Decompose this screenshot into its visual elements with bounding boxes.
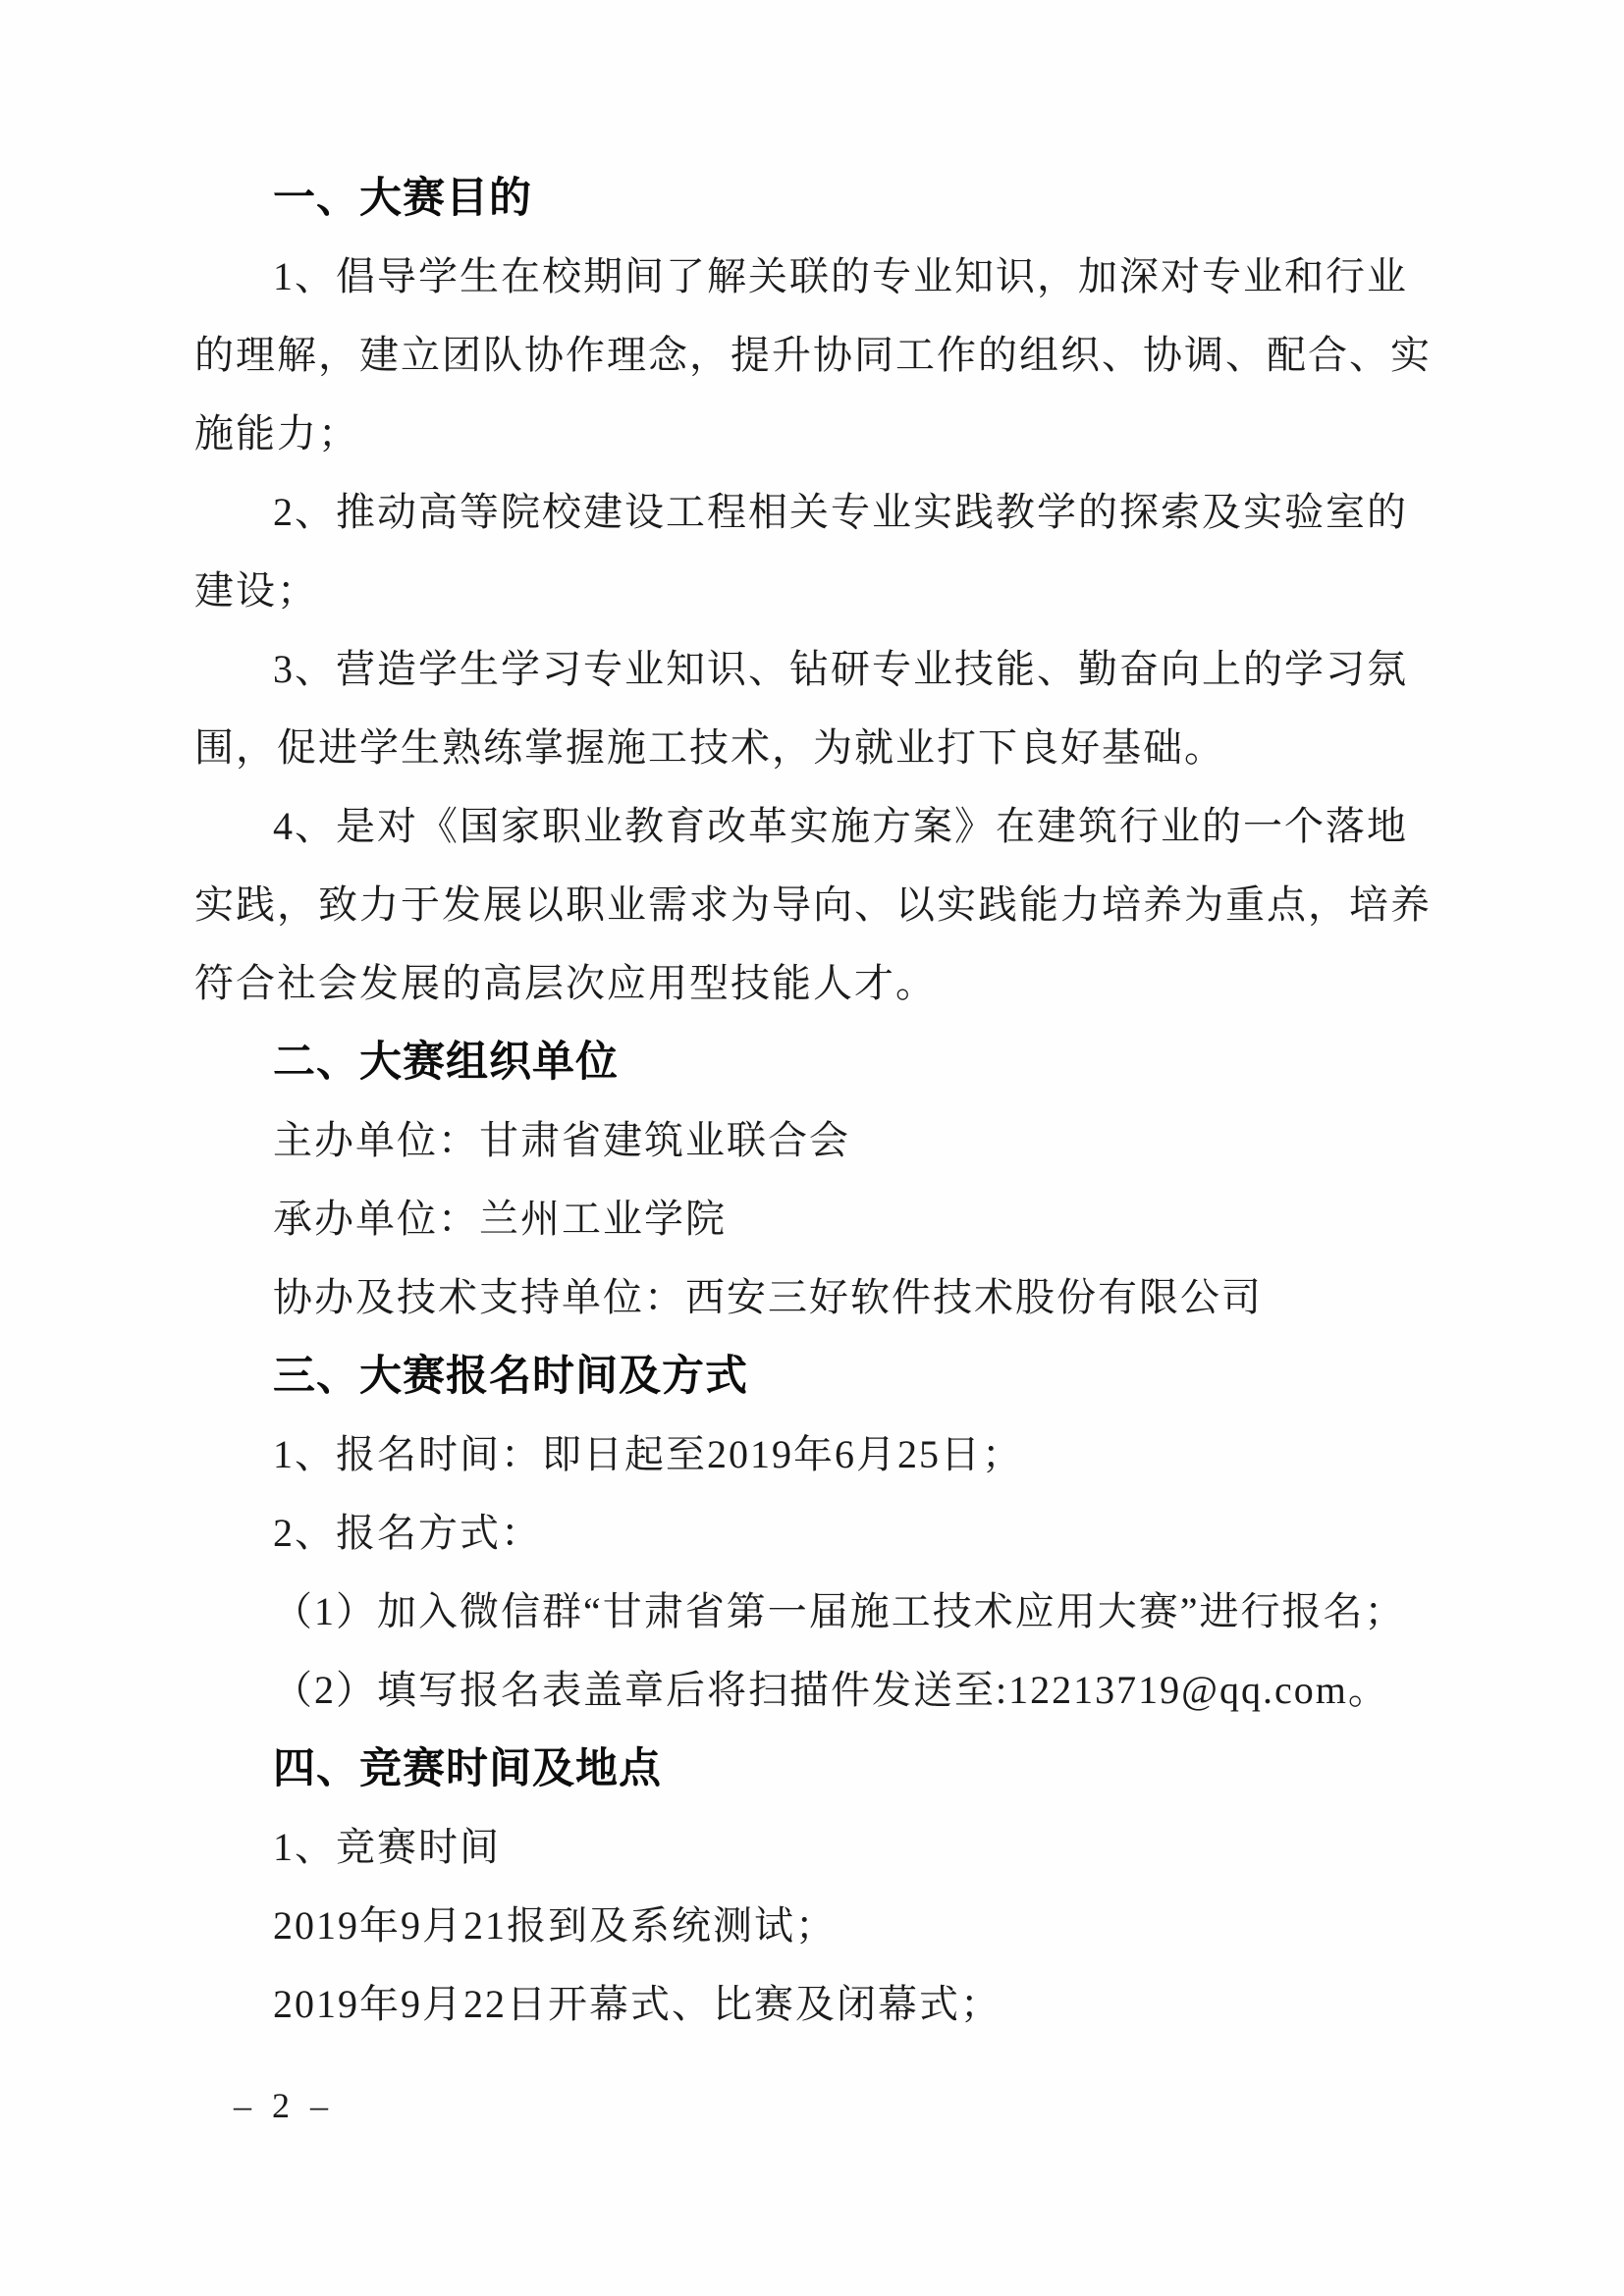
text-line: 2019年9月22日开幕式、比赛及闭幕式； xyxy=(194,1965,1461,2044)
text-line: 承办单位：兰州工业学院 xyxy=(194,1180,1461,1258)
text-line: 4、是对《国家职业教育改革实施方案》在建筑行业的一个落地 xyxy=(194,787,1461,866)
text-line: 1、倡导学生在校期间了解关联的专业知识，加深对专业和行业 xyxy=(194,238,1461,316)
text-line: （2）填写报名表盖章后将扫描件发送至:12213719@qq.com。 xyxy=(194,1651,1461,1730)
section-heading: 三、大赛报名时间及方式 xyxy=(194,1337,1461,1415)
text-line: 建设； xyxy=(194,552,1461,630)
section-heading: 一、大赛目的 xyxy=(194,159,1461,238)
text-line: 围，促进学生熟练掌握施工技术，为就业打下良好基础。 xyxy=(194,709,1461,787)
text-line: 1、竞赛时间 xyxy=(194,1808,1461,1887)
section-heading: 四、竞赛时间及地点 xyxy=(194,1730,1461,1808)
text-line: 符合社会发展的高层次应用型技能人才。 xyxy=(194,944,1461,1023)
section-heading: 二、大赛组织单位 xyxy=(194,1023,1461,1101)
text-line: （1）加入微信群“甘肃省第一届施工技术应用大赛”进行报名； xyxy=(194,1573,1461,1651)
text-line: 2、报名方式： xyxy=(194,1494,1461,1573)
page-number: – 2 – xyxy=(234,2079,334,2132)
text-block: 一、大赛目的1、倡导学生在校期间了解关联的专业知识，加深对专业和行业的理解，建立… xyxy=(194,159,1461,2044)
text-line: 1、报名时间：即日起至2019年6月25日； xyxy=(194,1415,1461,1494)
text-line: 协办及技术支持单位：西安三好软件技术股份有限公司 xyxy=(194,1258,1461,1337)
text-line: 的理解，建立团队协作理念，提升协同工作的组织、协调、配合、实 xyxy=(194,316,1461,395)
text-line: 2、推动高等院校建设工程相关专业实践教学的探索及实验室的 xyxy=(194,473,1461,552)
text-line: 3、营造学生学习专业知识、钻研专业技能、勤奋向上的学习氛 xyxy=(194,630,1461,709)
text-line: 实践，致力于发展以职业需求为导向、以实践能力培养为重点，培养 xyxy=(194,866,1461,944)
document-page: 一、大赛目的1、倡导学生在校期间了解关联的专业知识，加深对专业和行业的理解，建立… xyxy=(0,0,1624,2296)
text-line: 主办单位：甘肃省建筑业联合会 xyxy=(194,1101,1461,1180)
text-line: 施能力； xyxy=(194,395,1461,473)
text-line: 2019年9月21报到及系统测试； xyxy=(194,1887,1461,1965)
